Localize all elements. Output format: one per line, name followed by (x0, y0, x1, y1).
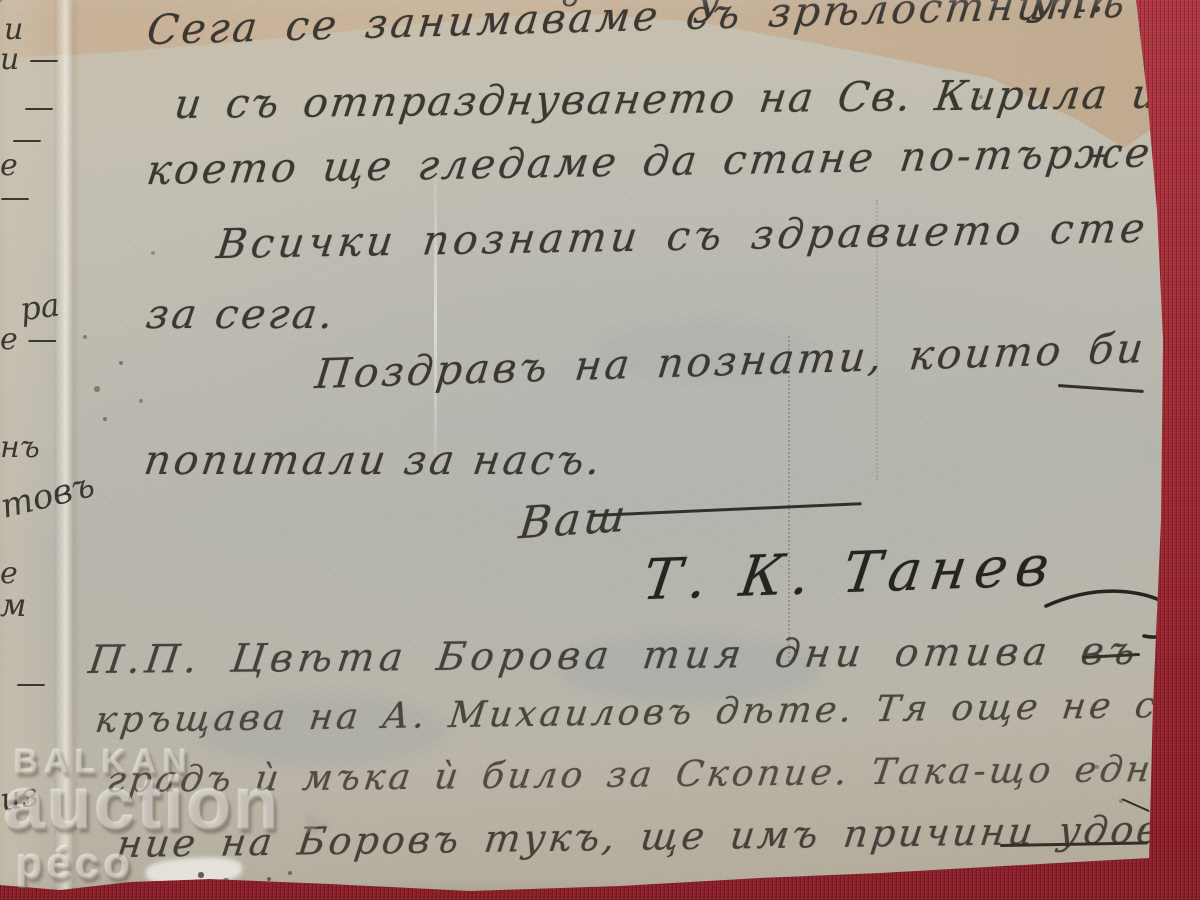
closing: Ваш (517, 490, 631, 549)
left-stroke-fragment: — (24, 90, 54, 125)
left-stroke-fragment: и — (0, 42, 59, 77)
letter-line-3: което ще гледаме да стане по-тържествено… (144, 125, 1200, 194)
photo-scene: ъ у ул. и и — — — е — ра е — нъ товъ е м… (0, 0, 1200, 900)
postscript-line-1: П.П. Цвѣта Борова тия дни отива въ Битол… (86, 626, 1200, 683)
left-stroke-fragment: нъ (0, 430, 40, 465)
letter-line-2: и съ отпразднуването на Св. Кирила и Мет… (172, 67, 1200, 128)
left-stroke-fragment: е — (0, 322, 57, 357)
left-stroke-fragment: е (0, 148, 18, 183)
watermark-arrow-icon (302, 806, 328, 836)
letter-line-7: попитали за насъ. (141, 436, 606, 484)
ink-specks (0, 0, 2, 2)
left-stroke-fragment: — (16, 666, 46, 701)
flourish-dash (1058, 384, 1144, 393)
left-stroke-fragment: м (0, 586, 27, 624)
left-stroke-fragment: — (0, 180, 30, 215)
crease-line (788, 336, 790, 666)
watermark-line-peco: péco (16, 840, 135, 890)
letter-line-4: Всички познати съ здравието сте добри (214, 201, 1200, 268)
letter-line-5: за сега. (143, 290, 339, 338)
signature: Т. К. Танев (639, 534, 1061, 614)
watermark-line-auction: auction (4, 762, 281, 847)
flourish-dash (592, 502, 862, 517)
